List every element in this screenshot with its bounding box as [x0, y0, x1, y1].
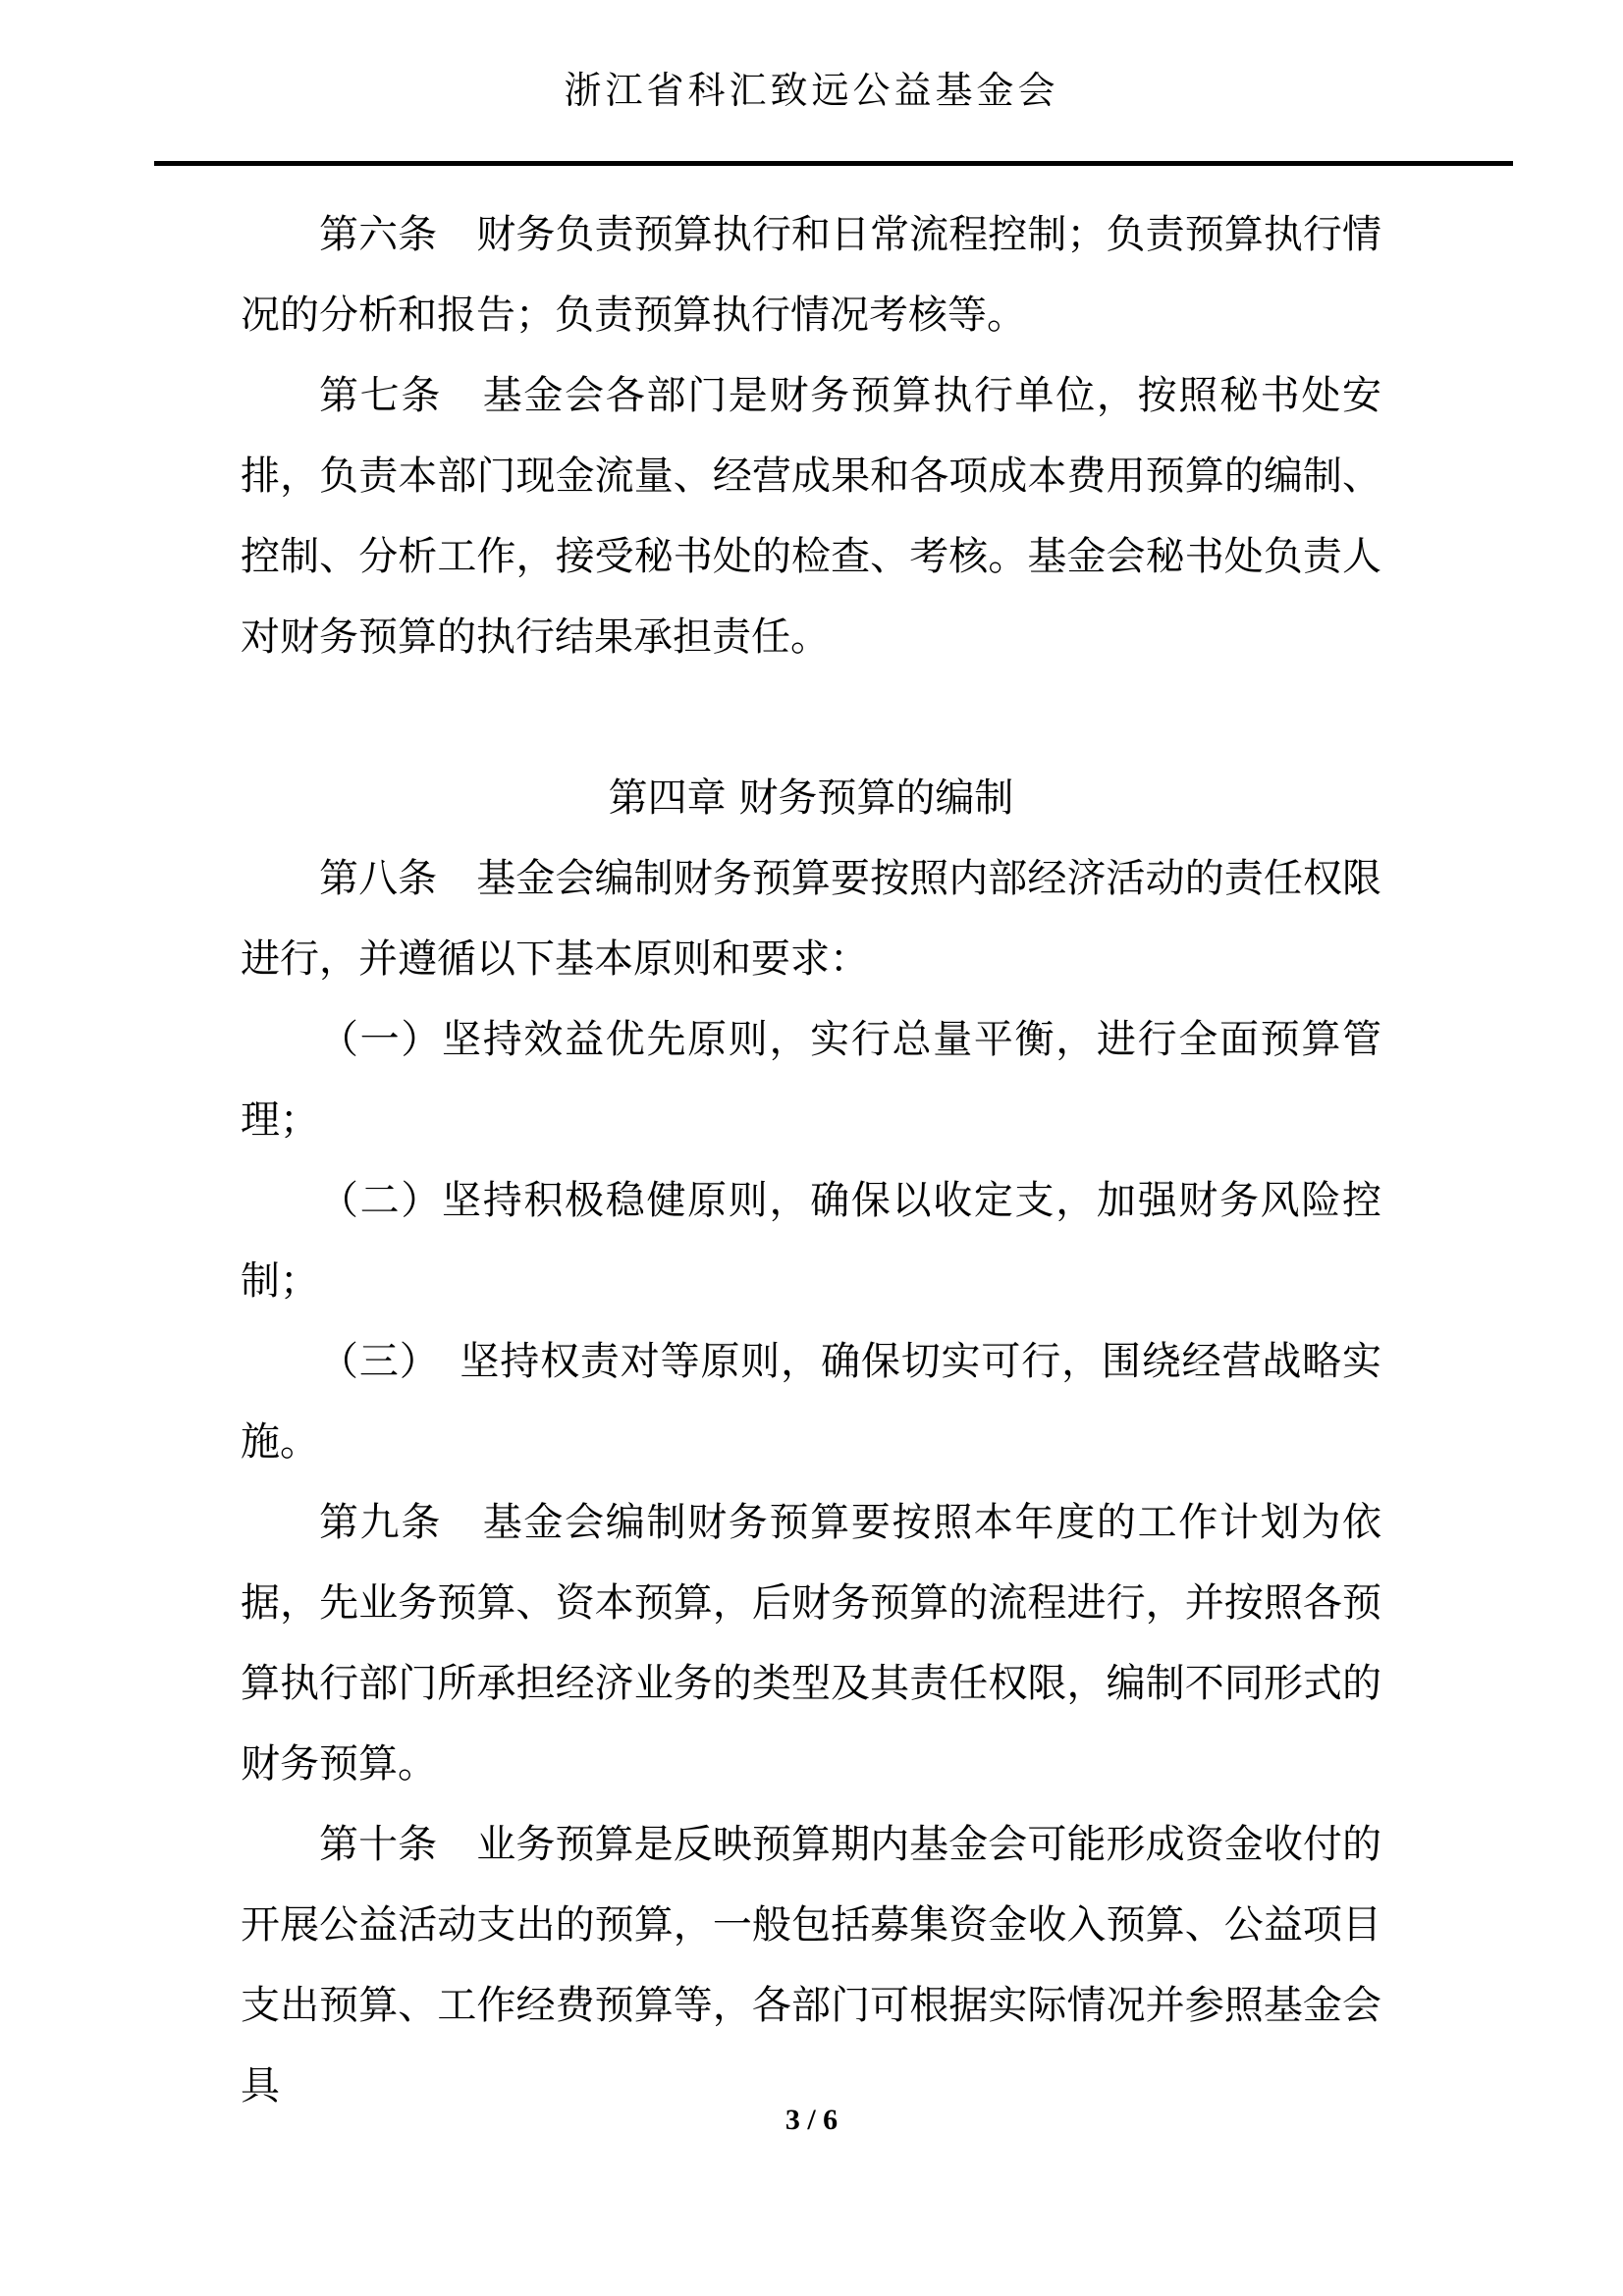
document-body: 第六条 财务负责预算执行和日常流程控制；负责预算执行情况的分析和报告；负责预算执… [241, 194, 1381, 2126]
document-page: 浙江省科汇致远公益基金会 第六条 财务负责预算执行和日常流程控制；负责预算执行情… [0, 0, 1623, 2296]
paragraph-article-9: 第九条 基金会编制财务预算要按照本年度的工作计划为依据，先业务预算、资本预算，后… [241, 1482, 1381, 1804]
paragraph-article-6: 第六条 财务负责预算执行和日常流程控制；负责预算执行情况的分析和报告；负责预算执… [241, 194, 1381, 355]
paragraph-item-2: （二）坚持积极稳健原则，确保以收定支，加强财务风险控制； [241, 1160, 1381, 1321]
chapter-heading: 第四章 财务预算的编制 [241, 758, 1381, 838]
paragraph-article-10: 第十条 业务预算是反映预算期内基金会可能形成资金收付的开展公益活动支出的预算，一… [241, 1804, 1381, 2126]
paragraph-item-1: （一）坚持效益优先原则，实行总量平衡，进行全面预算管理； [241, 999, 1381, 1160]
document-header-title: 浙江省科汇致远公益基金会 [0, 67, 1623, 114]
header-divider-rule [154, 161, 1513, 166]
paragraph-article-8: 第八条 基金会编制财务预算要按照内部经济活动的责任权限进行，并遵循以下基本原则和… [241, 838, 1381, 999]
paragraph-article-7: 第七条 基金会各部门是财务预算执行单位，按照秘书处安排，负责本部门现金流量、经营… [241, 355, 1381, 677]
paragraph-item-3: （三） 坚持权责对等原则，确保切实可行，围绕经营战略实施。 [241, 1321, 1381, 1482]
page-number: 3 / 6 [0, 2099, 1623, 2142]
